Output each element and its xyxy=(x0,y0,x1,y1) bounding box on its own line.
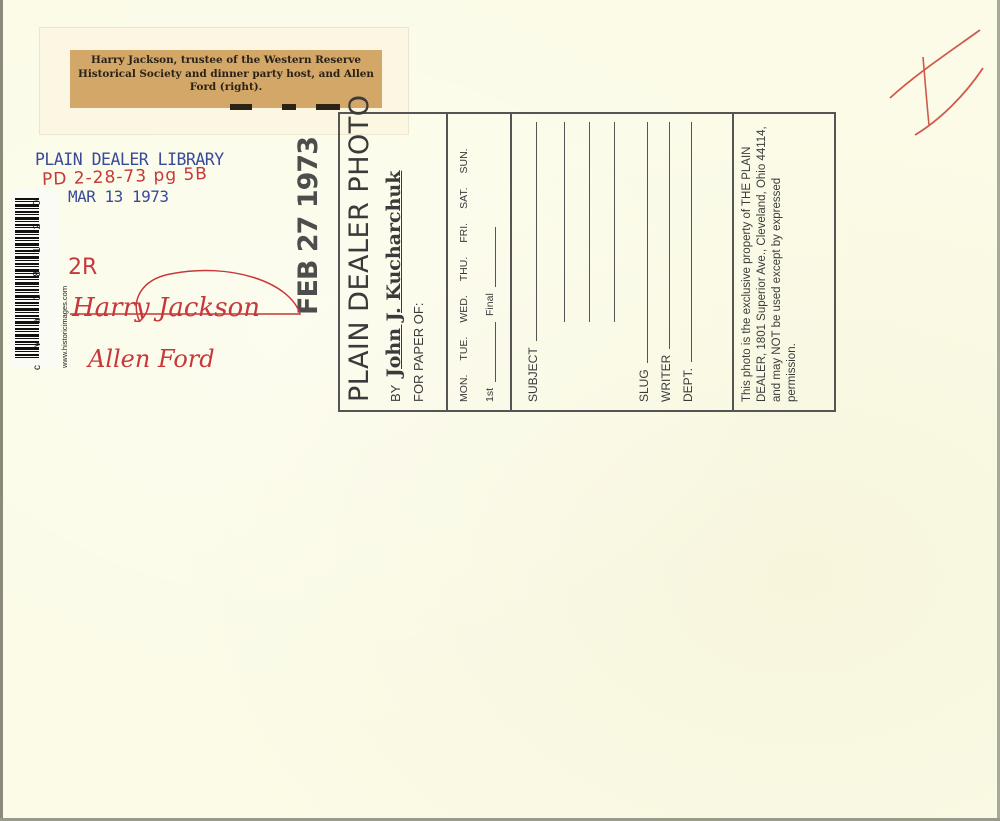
stamp-notice-section: This photo is the exclusive property of … xyxy=(734,114,834,410)
handwritten-name-harry-jackson: Harry Jackson xyxy=(72,293,260,323)
property-notice: This photo is the exclusive property of … xyxy=(740,122,800,402)
slug-field: SLUG xyxy=(629,122,651,402)
days-of-week: MON.TUE. WED.THU. FRI.SAT. SUN. xyxy=(458,122,470,402)
stamp-title: PLAIN DEALER PHOTO xyxy=(344,122,375,402)
stamp-byline: BY John J. Kucharchuk xyxy=(383,122,405,402)
caption-text: Harry Jackson, trustee of the Western Re… xyxy=(78,54,374,93)
for-paper-label: FOR PAPER OF: xyxy=(411,122,426,402)
clipping-residue xyxy=(230,104,340,112)
dept-field: DEPT. xyxy=(673,122,695,402)
stamp-days-section: MON.TUE. WED.THU. FRI.SAT. SUN. 1st Fina… xyxy=(448,114,512,410)
edition-fields: 1st Final xyxy=(484,122,496,402)
library-stamp-date: MAR 13 1973 xyxy=(68,187,168,206)
photographer-name: John J. Kucharchuk xyxy=(383,171,405,378)
paper-edge-left xyxy=(0,0,3,821)
writer-field: WRITER xyxy=(651,122,673,402)
plain-dealer-photo-stamp: PLAIN DEALER PHOTO BY John J. Kucharchuk… xyxy=(338,112,836,412)
barcode-sticker: cv a1 81 20 www.historicimages.com xyxy=(10,190,60,368)
subject-line-4 xyxy=(590,122,615,322)
barcode-digits: cv a1 81 20 xyxy=(32,200,43,370)
subject-line-2 xyxy=(540,122,565,322)
stamp-header-section: PLAIN DEALER PHOTO BY John J. Kucharchuk… xyxy=(340,114,448,410)
red-pencil-mark-icon xyxy=(885,20,985,140)
subject-line-3 xyxy=(565,122,590,322)
stamp-fields-section: SUBJECT SLUG WRITER DEPT. xyxy=(512,114,734,410)
handwritten-name-allen-ford: Allen Ford xyxy=(88,345,215,373)
subject-field: SUBJECT xyxy=(518,122,540,402)
caption-clipping: Harry Jackson, trustee of the Western Re… xyxy=(70,50,382,108)
